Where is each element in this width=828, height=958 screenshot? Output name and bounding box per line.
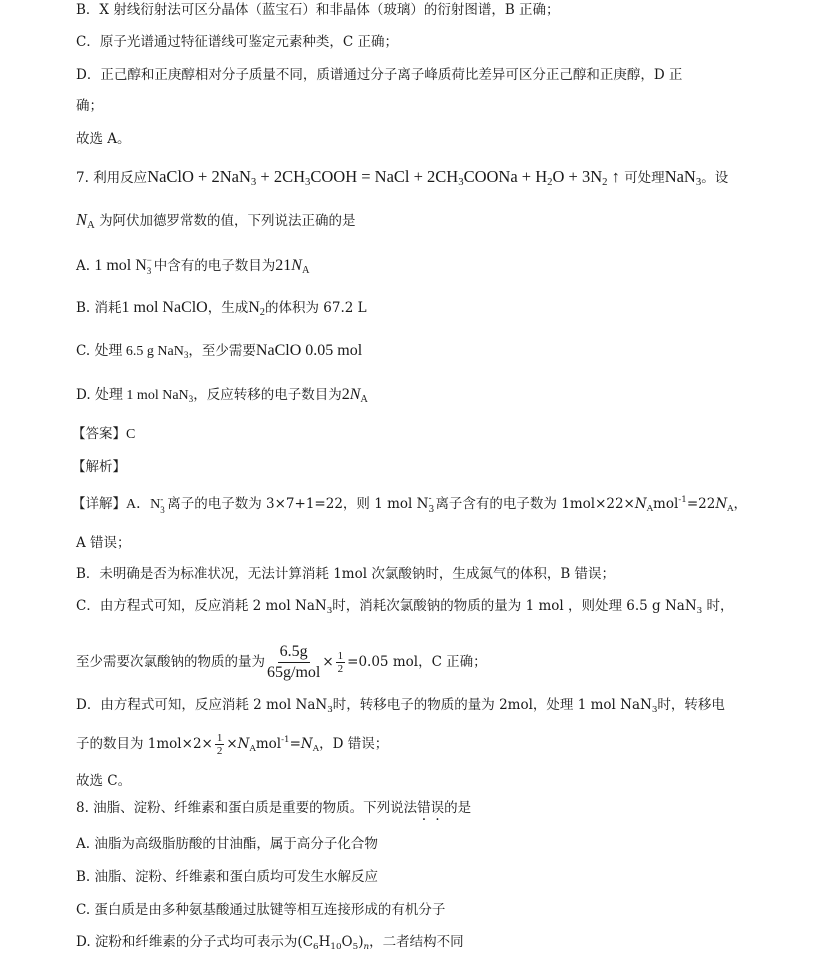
q8-option-a: A. 油脂为高级脂肪酸的甘油酯，属于高分子化合物 bbox=[76, 834, 378, 854]
q8-stem: 8. 油脂、淀粉、纤维素和蛋白质是重要的物质。下列说法错误的是 bbox=[76, 798, 471, 818]
q8-option-b: B. 油脂、淀粉、纤维素和蛋白质均可发生水解反应 bbox=[76, 867, 378, 887]
q7-option-b: B. 消耗1 mol NaClO，生成N2的体积为 67.2 L bbox=[76, 298, 367, 318]
q7-stem-line1: 7. 利用反应NaClO + 2NaN3 + 2CH3COOH = NaCl +… bbox=[76, 167, 728, 188]
prev-explanation-d-line2: 确； bbox=[76, 96, 103, 116]
gas-arrow-icon: ↑ bbox=[608, 167, 620, 186]
q7-conclusion: 故选 C。 bbox=[76, 771, 131, 791]
q7-stem-prefix: 利用反应 bbox=[93, 170, 147, 186]
answer-value: C bbox=[126, 427, 135, 442]
q7-option-c: C. 处理 6.5 g NaN3，至少需要NaClO 0.05 mol bbox=[76, 341, 362, 362]
q7-detail-b: B．未明确是否为标准状况，无法计算消耗 1mol 次氯酸钠时，生成氮气的体积，B… bbox=[76, 564, 615, 584]
fraction-one-half: 12 bbox=[336, 650, 346, 675]
q7-option-d: D. 处理 1 mol NaN3，反应转移的电子数目为2NA bbox=[76, 385, 368, 406]
q7-detail-a-line2: A 错误； bbox=[76, 533, 131, 553]
q7-stem-mid: 可处理 bbox=[624, 170, 665, 186]
prev-conclusion: 故选 A。 bbox=[76, 129, 131, 149]
fraction-one-half: 12 bbox=[215, 732, 225, 757]
q7-option-a: A. 1 mol N−3中含有的电子数目为21NA bbox=[76, 256, 309, 276]
q7-detail-a-line1: 【详解】A．N-3离子的电子数为 3×7+1=22，则 1 mol N-3离子含… bbox=[72, 494, 747, 515]
q7-stem-line2: NA 为阿伏加德罗常数的值，下列说法正确的是 bbox=[76, 210, 356, 231]
q7-number: 7. bbox=[76, 170, 89, 186]
fraction-mass-over-molar-mass: 6.5g65g/mol bbox=[267, 642, 320, 683]
q7-equation: NaClO + 2NaN3 + 2CH3COOH = NaCl + 2CH3CO… bbox=[147, 167, 620, 186]
q7-analysis-label: 【解析】 bbox=[72, 457, 126, 477]
answer-label: 【答案】 bbox=[72, 426, 126, 442]
q8-option-d: D. 淀粉和纤维素的分子式均可表示为(C6H10O5)n，二者结构不同 bbox=[76, 932, 464, 952]
avogadro-symbol: NA bbox=[76, 210, 95, 229]
q8-option-c: C. 蛋白质是由多种氨基酸通过肽键等相互连接形成的有机分子 bbox=[76, 900, 445, 920]
q7-answer: 【答案】C bbox=[72, 424, 135, 445]
prev-explanation-c: C．原子光谱通过特征谱线可鉴定元素种类，C 正确； bbox=[76, 32, 398, 52]
q7-detail-c-line1: C．由方程式可知，反应消耗 2 mol NaN3时，消耗次氯酸钠的物质的量为 1… bbox=[76, 596, 734, 616]
q7-detail-c-line2: 至少需要次氯酸钠的物质的量为6.5g65g/mol×12=0.05 mol，C … bbox=[76, 642, 487, 683]
prev-explanation-d-line1: D．正己醇和正庚醇相对分子质量不同，质谱通过分子离子峰质荷比差异可区分正己醇和正… bbox=[76, 65, 682, 85]
emphasis-mark: 错 bbox=[417, 798, 431, 818]
prev-explanation-b: B．X 射线衍射法可区分晶体（蓝宝石）和非晶体（玻璃）的衍射图谱，B 正确； bbox=[76, 0, 560, 20]
q7-detail-d-line2: 子的数目为 1mol×2×12×NAmol-1=NA，D 错误； bbox=[76, 732, 388, 757]
emphasis-mark: 误 bbox=[431, 798, 445, 818]
q7-detail-d-line1: D．由方程式可知，反应消耗 2 mol NaN3时，转移电子的物质的量为 2mo… bbox=[76, 695, 725, 715]
